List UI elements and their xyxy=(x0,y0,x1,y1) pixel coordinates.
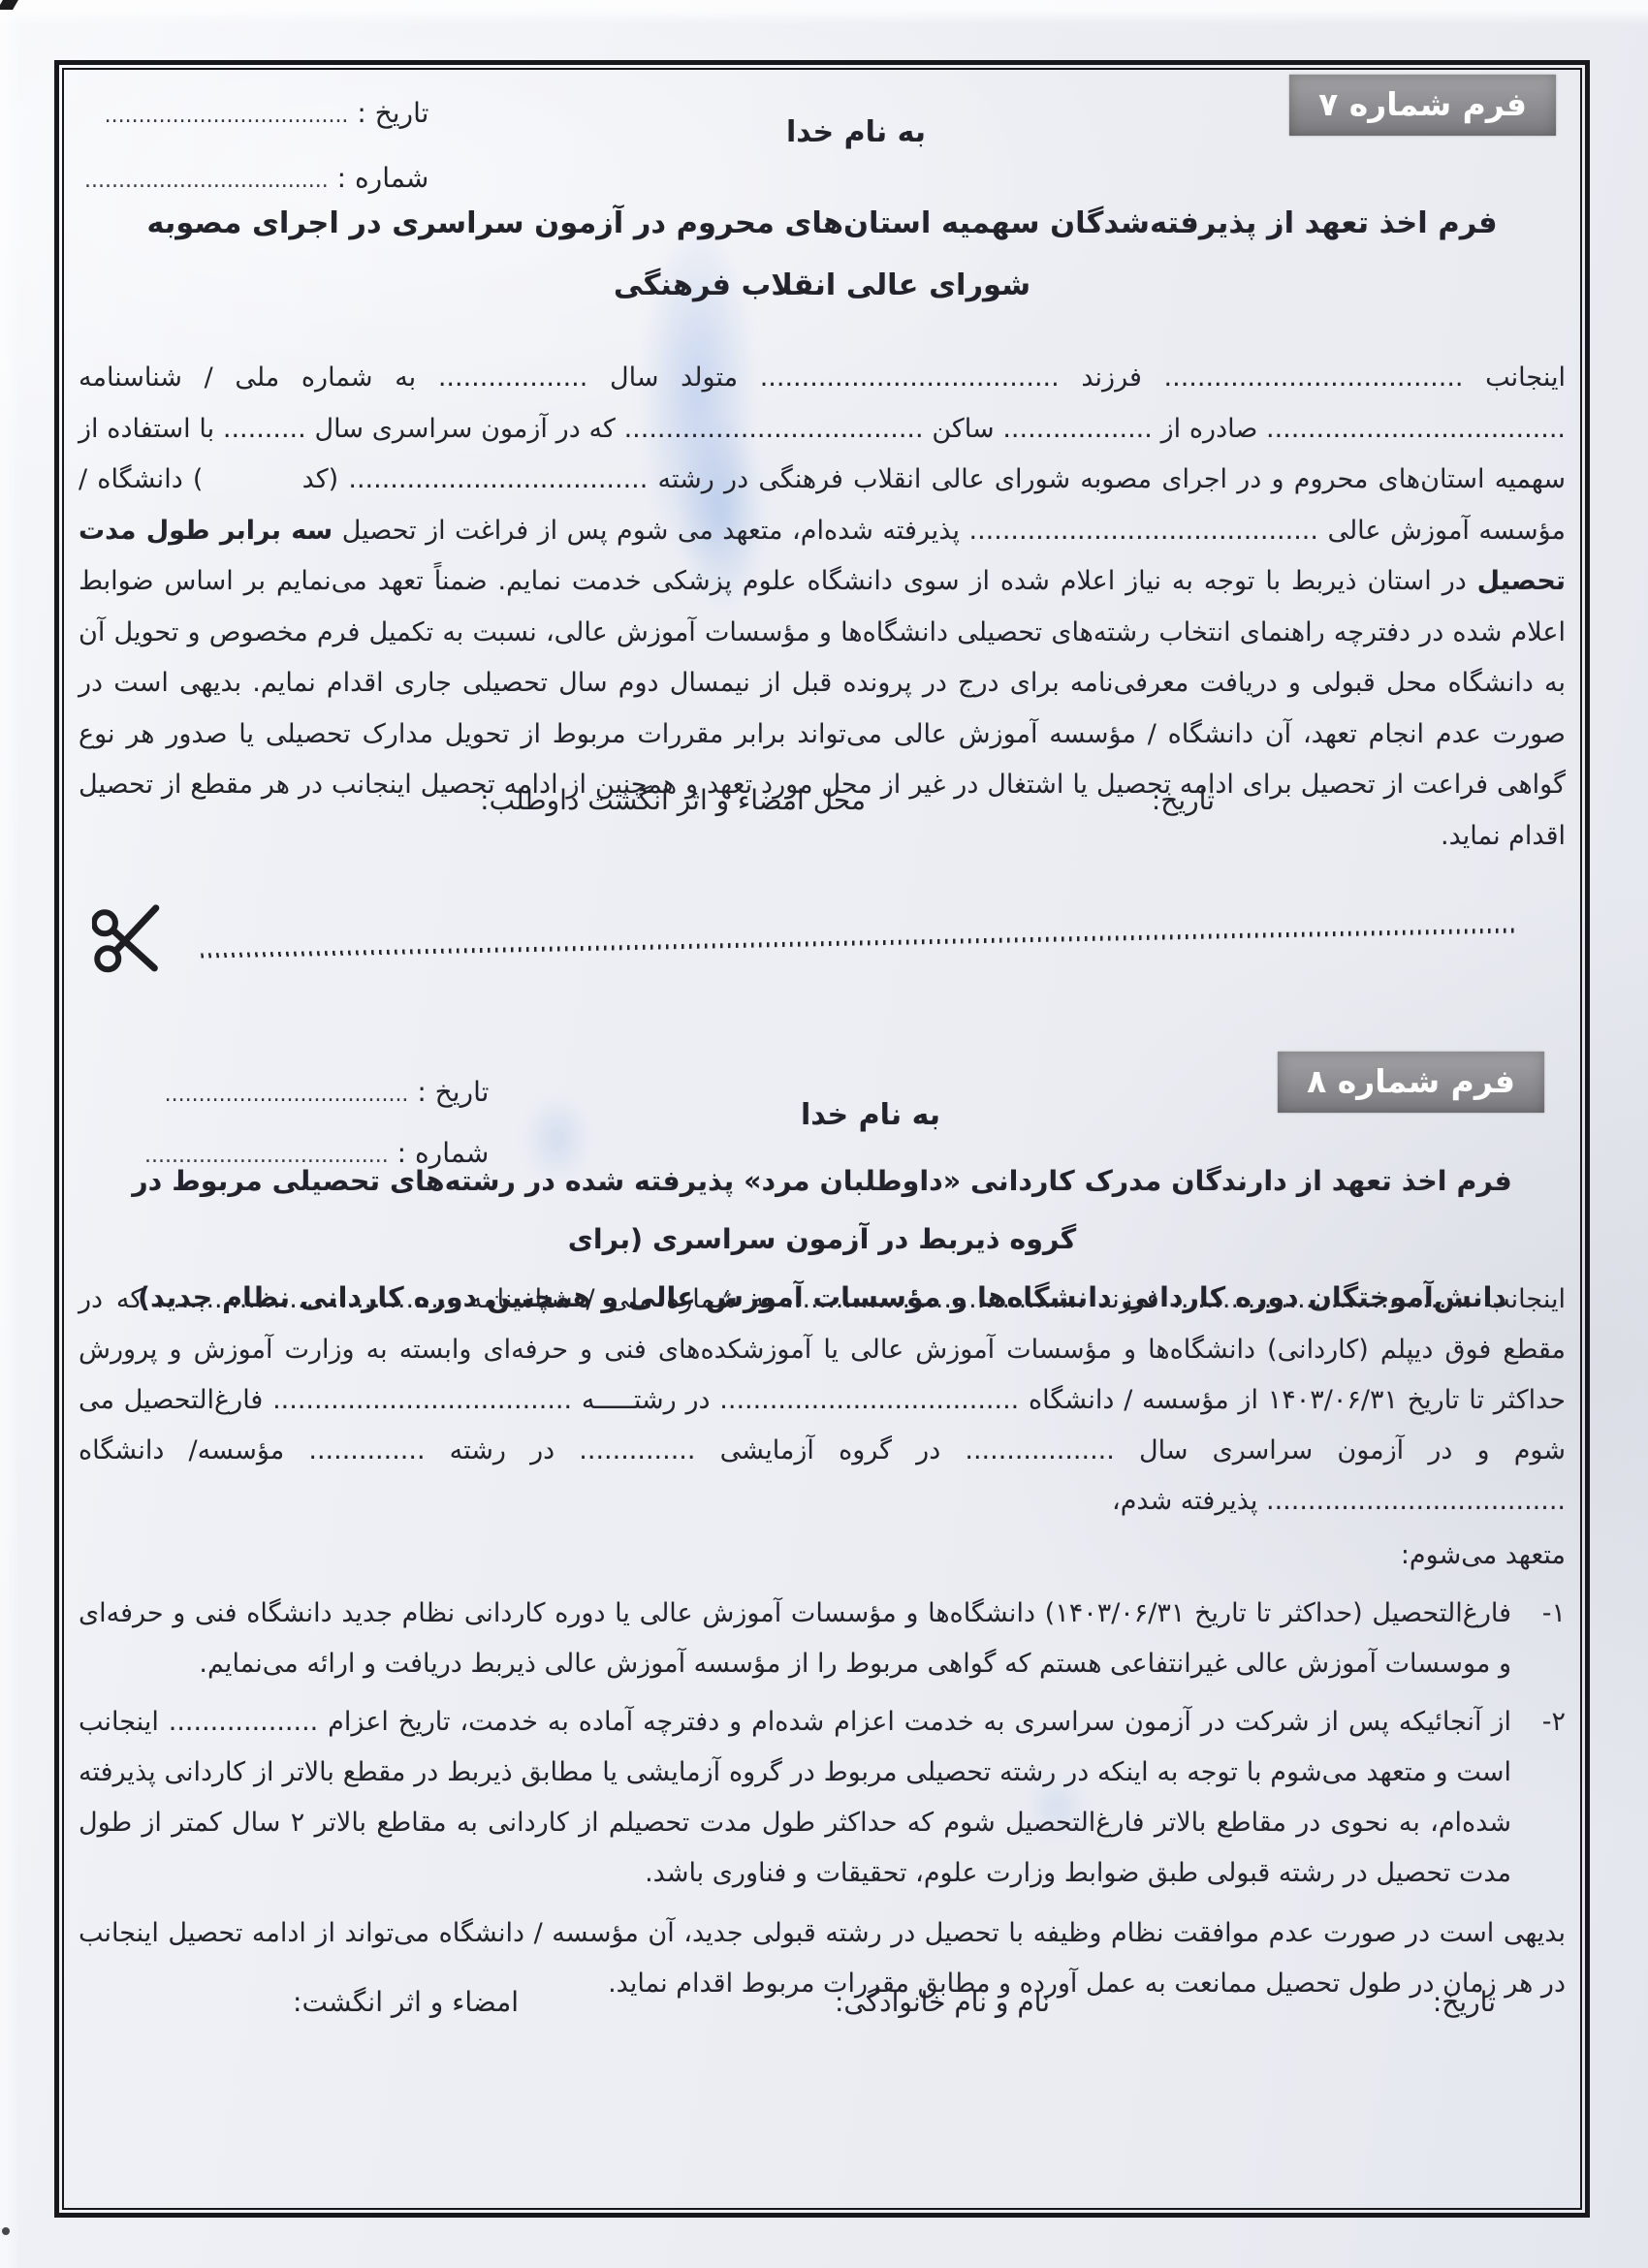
item-1-text: فارغ‌التحصیل (حداکثر تا تاریخ ۱۴۰۳/۰۶/۳۱… xyxy=(79,1589,1511,1689)
form8-title-line1: فرم اخذ تعهد از دارندگان مدرک کاردانی «د… xyxy=(94,1152,1550,1269)
form7-sign-place-label: محل امضاء و اثر انگشت داوطلب: xyxy=(480,784,866,816)
form8-pledge-item-2: ۲- از آنجائیکه پس از شرکت در آزمون سراسر… xyxy=(79,1697,1566,1899)
form8-pledge-lead: متعهد می‌شوم: xyxy=(79,1530,1566,1581)
scanned-page: فرم شماره ۷ تاریخ : ....................… xyxy=(0,0,1648,2268)
form7-number-blank: .................................... xyxy=(84,169,329,193)
form8-bismillah: به نام خدا xyxy=(108,1098,1633,1132)
form7-title-line2: شورای عالی انقلاب فرهنگی xyxy=(98,255,1546,317)
form7-bismillah: به نام خدا xyxy=(93,115,1619,149)
form8-pledge-item-1: ۱- فارغ‌التحصیل (حداکثر تا تاریخ ۱۴۰۳/۰۶… xyxy=(79,1589,1566,1689)
cut-here-line xyxy=(92,879,1518,979)
item-1-marker: ۱- xyxy=(1511,1589,1566,1689)
form7-number-label: شماره : xyxy=(337,162,429,194)
form8-sign-name-label: نام و نام خانوادگی: xyxy=(835,1986,1050,2018)
form8-intro-paragraph: اینجانب ................................… xyxy=(79,1275,1566,1527)
document-border-frame: فرم شماره ۷ تاریخ : ....................… xyxy=(54,60,1590,2218)
form7-title-line1: فرم اخذ تعهد از پذیرفته‌شدگان سهمیه استا… xyxy=(98,193,1546,255)
scan-artifact-dot xyxy=(2,2227,10,2235)
scissors-icon xyxy=(92,891,178,979)
item-2-text: از آنجائیکه پس از شرکت در آزمون سراسری ب… xyxy=(79,1697,1511,1899)
form7-title: فرم اخذ تعهد از پذیرفته‌شدگان سهمیه استا… xyxy=(59,193,1585,317)
item-2-marker: ۲- xyxy=(1511,1697,1566,1899)
dashed-cut-rule xyxy=(201,928,1517,958)
form7-sign-date-label: تاریخ: xyxy=(1152,784,1215,816)
form8-body: اینجانب ................................… xyxy=(79,1275,1566,2009)
form8-sign-signature-label: امضاء و اثر انگشت: xyxy=(293,1986,519,2018)
form8-sign-date-label: تاریخ: xyxy=(1433,1986,1496,2018)
